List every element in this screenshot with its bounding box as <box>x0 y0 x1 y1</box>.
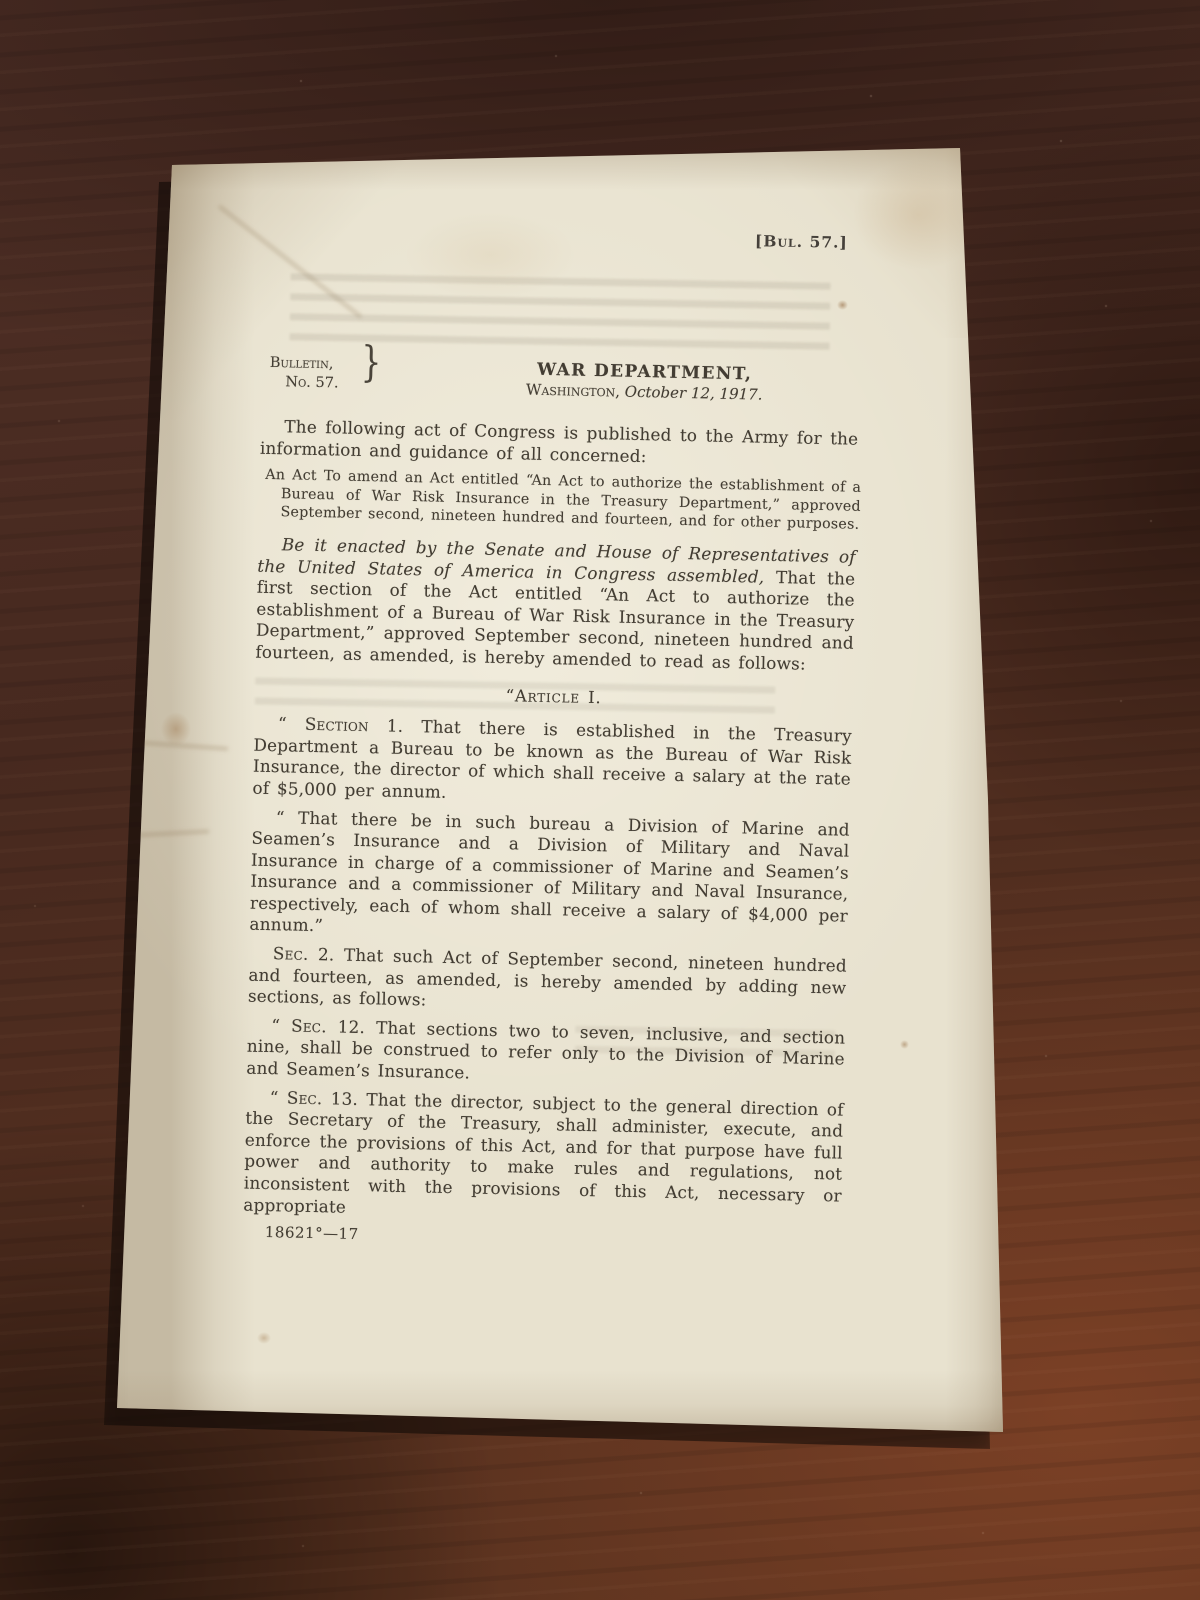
foxing-stain <box>837 300 848 310</box>
bulletin-number-tag: [Bul. 57.] <box>755 231 848 252</box>
foxing-stain <box>161 712 191 746</box>
text-run: An Act To amend an Act entitled “An Act … <box>265 467 861 533</box>
foxing-stain <box>257 1332 271 1344</box>
text-run: “ <box>271 1015 291 1035</box>
text-run: Section <box>305 714 369 735</box>
dateline: Washington, October 12, 1917. <box>519 379 769 405</box>
foxing-stain <box>405 210 575 300</box>
paragraph-9: “ Sec. 13. That the director, subject to… <box>243 1086 844 1229</box>
bulletin-word: Bulletin, <box>270 354 340 375</box>
paragraph-2: An Act To amend an Act entitled “An Act … <box>264 466 861 535</box>
paragraph-3: Be it enacted by the Senate and House of… <box>255 534 856 677</box>
paragraph-7: Sec. 2. That such Act of September secon… <box>248 943 847 1021</box>
text-run: “ <box>270 1087 288 1107</box>
paragraph-1: The following act of Congress is publish… <box>260 416 859 472</box>
text-run: Sec. <box>287 1087 323 1108</box>
document-body: The following act of Congress is publish… <box>243 416 858 1229</box>
text-run: Sec. <box>291 1015 327 1036</box>
text-run: 13. That the director, subject to the ge… <box>243 1088 844 1217</box>
text-run: “ That there be in such bureau a Divisio… <box>249 807 850 936</box>
dateline-date: October 12, 1917. <box>620 383 763 404</box>
bulletin-number: No. 57. <box>269 373 339 394</box>
text-run: “ <box>278 713 305 734</box>
dust-specks <box>0 0 2 2</box>
bulletin-number-block: Bulletin, No. 57. } <box>269 354 339 393</box>
paragraph-8: “ Sec. 12. That sections two to seven, i… <box>246 1014 845 1092</box>
department-block: WAR DEPARTMENT, Washington, October 12, … <box>519 359 770 405</box>
text-run: Article I. <box>515 686 602 707</box>
paragraph-5: “ Section 1. That there is established i… <box>252 713 852 812</box>
document-page: [Bul. 57.] Bulletin, No. 57. } WAR DEPAR… <box>105 120 1015 1445</box>
text-run: 2. That such Act of September second, ni… <box>248 944 847 1010</box>
text-run: The following act of Congress is publish… <box>260 416 859 465</box>
dateline-place: Washington, <box>526 381 620 401</box>
text-run: That the first section of the Act entitl… <box>255 566 855 673</box>
text-run: Sec. <box>273 943 309 964</box>
foxing-stain <box>900 1040 909 1049</box>
paragraph-6: “ That there be in such bureau a Divisio… <box>249 806 850 949</box>
text-run: 12. That sections two to seven, inclusiv… <box>246 1016 845 1082</box>
photo-scene: [Bul. 57.] Bulletin, No. 57. } WAR DEPAR… <box>0 0 1200 1600</box>
brace-glyph: } <box>361 352 381 371</box>
document-content: Bulletin, No. 57. } WAR DEPARTMENT, Wash… <box>243 354 860 1254</box>
paragraph-4: “Article I. <box>254 679 852 714</box>
